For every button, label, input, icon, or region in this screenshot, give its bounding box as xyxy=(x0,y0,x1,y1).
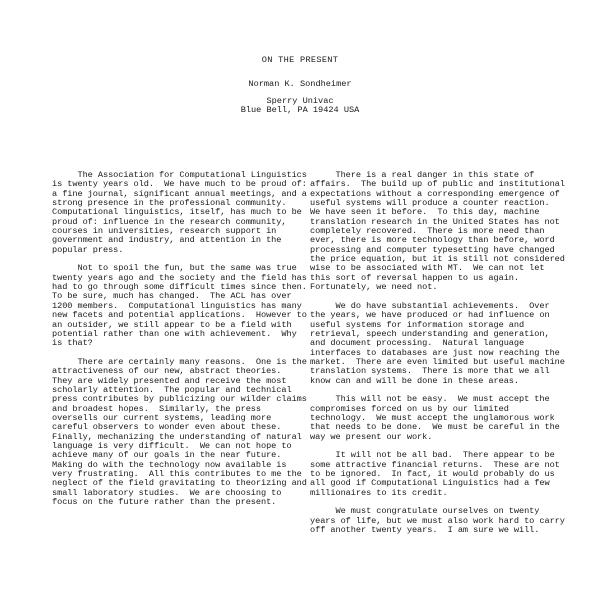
author-address: Blue Bell, PA 19424 USA xyxy=(0,106,600,116)
paper-title: ON THE PRESENT xyxy=(0,55,600,65)
paragraph: This will not be easy. We must accept th… xyxy=(310,395,560,442)
text-line: know can and will be done in these areas… xyxy=(310,377,560,386)
left-column: The Association for Computational Lingui… xyxy=(52,171,302,517)
paragraph: We must congratulate ourselves on twenty… xyxy=(310,507,560,535)
paragraph: Not to spoil the fun, but the same was t… xyxy=(52,264,302,348)
paragraph: The Association for Computational Lingui… xyxy=(52,171,302,255)
paragraph: We do have substantial achievements. Ove… xyxy=(310,302,560,386)
text-line: is that? xyxy=(52,339,302,348)
text-line: off another twenty years. I am sure we w… xyxy=(310,526,560,535)
text-line: popular press. xyxy=(52,246,302,255)
paragraph: There are certainly many reasons. One is… xyxy=(52,358,302,508)
author-block: Norman K. Sondheimer Sperry Univac Blue … xyxy=(0,80,600,116)
author-name: Norman K. Sondheimer xyxy=(0,80,600,90)
text-line: Fortunately, we need not. xyxy=(310,283,560,292)
paragraph: It will not be all bad. There appear to … xyxy=(310,451,560,498)
text-line: way we present our work. xyxy=(310,433,560,442)
text-line: millionaires to its credit. xyxy=(310,489,560,498)
text-line: focus on the future rather than the pres… xyxy=(52,498,302,507)
right-column: There is a real danger in this state ofa… xyxy=(310,171,560,545)
paragraph: There is a real danger in this state ofa… xyxy=(310,171,560,292)
